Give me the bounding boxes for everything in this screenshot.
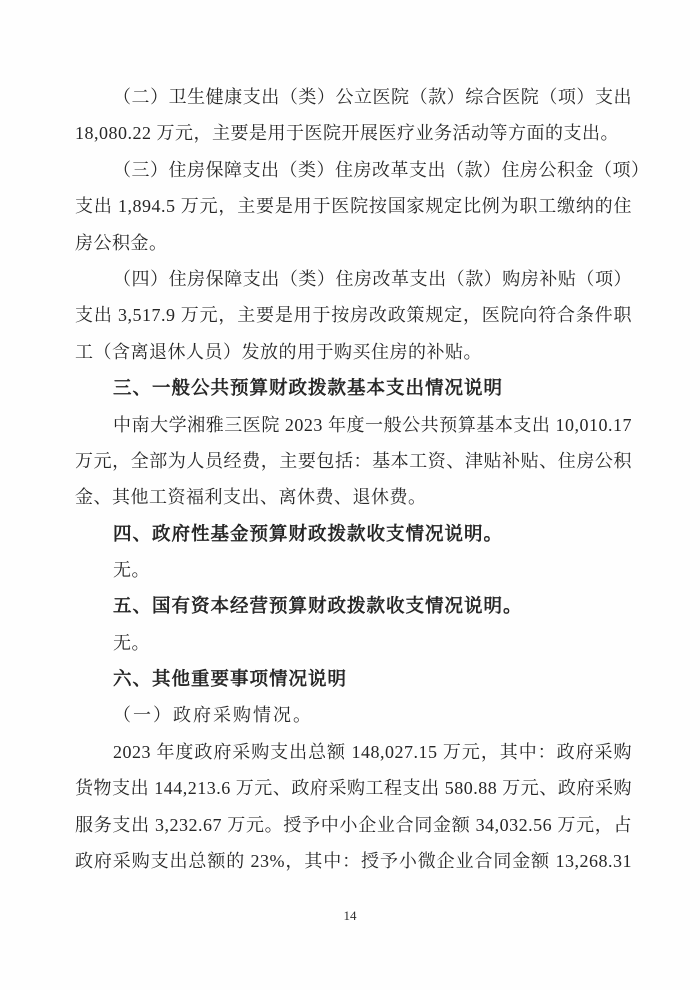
text-line: 支出 1,894.5 万元，主要是用于医院按国家规定比例为职工缴纳的住: [75, 188, 632, 224]
text-line: 无。: [75, 625, 632, 661]
text-line: 无。: [75, 552, 632, 588]
text-line: 服务支出 3,232.67 万元。授予中小企业合同金额 34,032.56 万元…: [75, 807, 632, 843]
text-line: （三）住房保障支出（类）住房改革支出（款）住房公积金（项）: [75, 152, 632, 188]
text-line: 中南大学湘雅三医院 2023 年度一般公共预算基本支出 10,010.17: [75, 407, 632, 443]
document-content: （二）卫生健康支出（类）公立医院（款）综合医院（项）支出18,080.22 万元…: [75, 79, 632, 880]
text-line: 工（含离退休人员）发放的用于购买住房的补贴。: [75, 334, 632, 370]
subsection-heading: （一）政府采购情况。: [75, 698, 632, 734]
text-line: 房公积金。: [75, 225, 632, 261]
section-heading: 三、一般公共预算财政拨款基本支出情况说明: [75, 370, 632, 406]
page-number: 14: [344, 908, 357, 923]
document-page: （二）卫生健康支出（类）公立医院（款）综合医院（项）支出18,080.22 万元…: [0, 0, 700, 990]
text-line: （二）卫生健康支出（类）公立医院（款）综合医院（项）支出: [75, 79, 632, 115]
text-line: 金、其他工资福利支出、离休费、退休费。: [75, 479, 632, 515]
text-line: 万元，全部为人员经费，主要包括：基本工资、津贴补贴、住房公积: [75, 443, 632, 479]
page-footer: 14: [0, 908, 700, 924]
section-heading: 四、政府性基金预算财政拨款收支情况说明。: [75, 516, 632, 552]
text-line: 18,080.22 万元，主要是用于医院开展医疗业务活动等方面的支出。: [75, 115, 632, 151]
text-line: （四）住房保障支出（类）住房改革支出（款）购房补贴（项）: [75, 261, 632, 297]
text-line: 货物支出 144,213.6 万元、政府采购工程支出 580.88 万元、政府采…: [75, 770, 632, 806]
text-line: 2023 年度政府采购支出总额 148,027.15 万元，其中：政府采购: [75, 734, 632, 770]
section-heading: 五、国有资本经营预算财政拨款收支情况说明。: [75, 588, 632, 624]
text-line: 政府采购支出总额的 23%，其中：授予小微企业合同金额 13,268.31: [75, 843, 632, 879]
section-heading: 六、其他重要事项情况说明: [75, 661, 632, 697]
text-line: 支出 3,517.9 万元，主要是用于按房改政策规定，医院向符合条件职: [75, 297, 632, 333]
